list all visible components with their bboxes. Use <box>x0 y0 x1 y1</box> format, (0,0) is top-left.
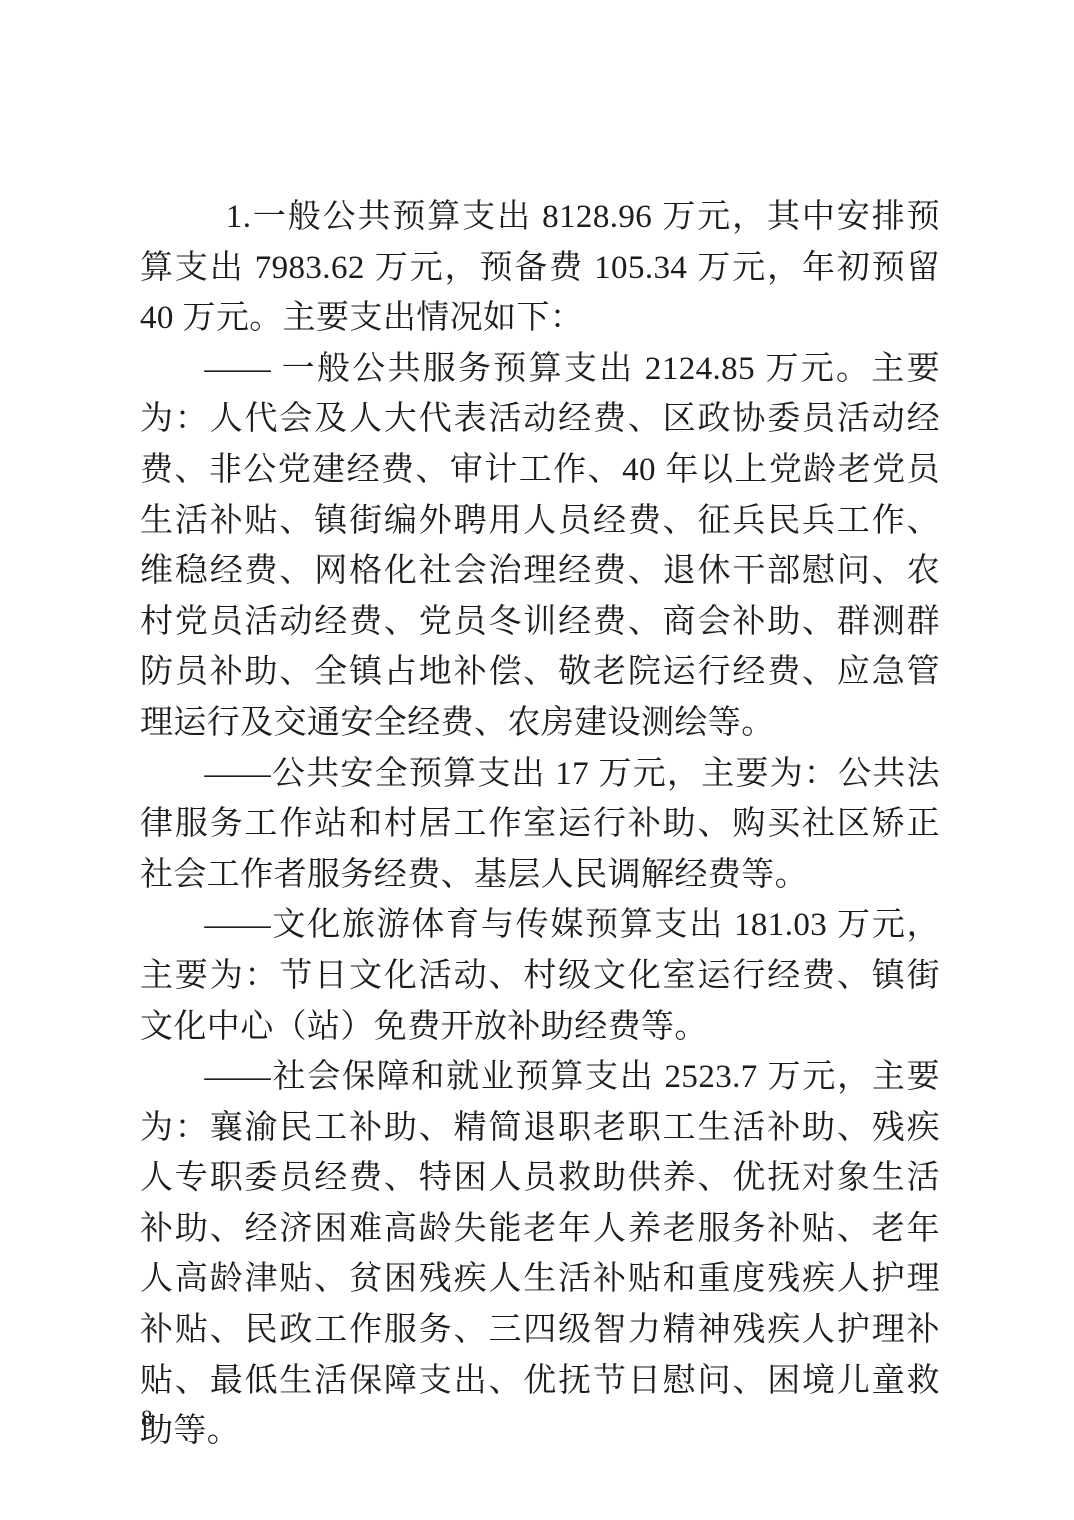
paragraph-general-budget-total: 1.一般公共预算支出 8128.96 万元，其中安排预算支出 7983.62 万… <box>140 192 940 344</box>
paragraph-culture-tourism-media: ——文化旅游体育与传媒预算支出 181.03 万元，主要为：节日文化活动、村级文… <box>140 900 940 1052</box>
page-number: 8 <box>141 1405 153 1433</box>
document-body: 1.一般公共预算支出 8128.96 万元，其中安排预算支出 7983.62 万… <box>140 192 940 1457</box>
paragraph-general-public-services: —— 一般公共服务预算支出 2124.85 万元。主要为：人代会及人大代表活动经… <box>140 344 940 749</box>
paragraph-social-security-employment: ——社会保障和就业预算支出 2523.7 万元，主要为：襄渝民工补助、精简退职老… <box>140 1052 940 1457</box>
document-page: 1.一般公共预算支出 8128.96 万元，其中安排预算支出 7983.62 万… <box>0 0 1074 1520</box>
paragraph-public-safety: ——公共安全预算支出 17 万元，主要为：公共法律服务工作站和村居工作室运行补助… <box>140 749 940 901</box>
